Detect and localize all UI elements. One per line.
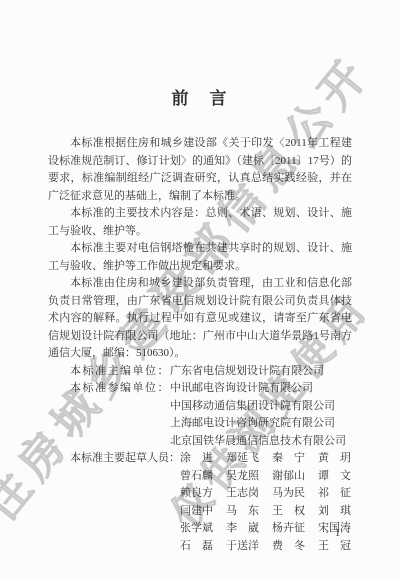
chief-editor-label: 本标准主编单位：: [70, 363, 170, 381]
co-editor-value: 中国移动通信集团设计院有限公司: [170, 398, 352, 416]
drafter-name: 郑延飞: [226, 450, 259, 468]
page-title: 前 言: [0, 0, 400, 109]
drafter-name: 杨卉征: [272, 520, 305, 538]
co-editor-values: 中讯邮电咨询设计院有限公司 中国移动通信集团设计院有限公司 上海邮电设计咨询研究…: [170, 380, 352, 450]
drafter-name: 刘 琪: [318, 503, 351, 521]
drafter-name: 王 权: [272, 503, 305, 521]
drafter-name: 马为民: [272, 485, 305, 503]
drafter-name: 黄 玥: [318, 450, 351, 468]
foreword-paragraph-4: 本标准由住房和城乡建设部负责管理，由工业和信息化部负责日常管理，由广东省电信规划…: [48, 275, 352, 363]
drafter-name: 闫建中: [180, 503, 213, 521]
drafter-name: 马 东: [226, 503, 259, 521]
drafter-name: 秦 宁: [272, 450, 305, 468]
drafter-name: 赖良方: [180, 485, 213, 503]
drafter-name: 曾石麟: [180, 468, 213, 486]
drafters-name-grid: 涂 进 郑延飞 秦 宁 黄 玥 曾石麟 吴龙照 谢郁山 谭 文 赖良方 王志岗 …: [180, 450, 352, 555]
foreword-paragraph-1: 本标准根据住房和城乡建设部《关于印发〈2011年工程建设标准规范制订、修订计划〉…: [48, 135, 352, 205]
drafter-name: 石 磊: [180, 538, 213, 556]
drafter-name: 于送洋: [226, 538, 259, 556]
foreword-paragraph-2: 本标准的主要技术内容是：总则、术语、规划、设计、施工与验收、维护等。: [48, 205, 352, 240]
drafter-name: 王志岗: [226, 485, 259, 503]
foreword-paragraph-3: 本标准主要对电信钢塔桅在共建共享时的规划、设计、施工与验收、维护等工作做出规定和…: [48, 240, 352, 275]
drafter-name: 谭 文: [318, 468, 351, 486]
drafter-name: 李 崴: [226, 520, 259, 538]
page-number: · 1 ·: [325, 528, 352, 539]
co-editor-value: 中讯邮电咨询设计院有限公司: [170, 380, 352, 398]
chief-editor-row: 本标准主编单位： 广东省电信规划设计院有限公司: [48, 363, 352, 381]
drafter-name: 祁 征: [318, 485, 351, 503]
drafter-name: 张学斌: [180, 520, 213, 538]
foreword-content: 前 言 本标准根据住房和城乡建设部《关于印发〈2011年工程建设标准规范制订、修…: [0, 0, 400, 555]
drafter-name: 吴龙照: [226, 468, 259, 486]
drafters-row: 本标准主要起草人员： 涂 进 郑延飞 秦 宁 黄 玥 曾石麟 吴龙照 谢郁山 谭…: [48, 450, 352, 555]
drafters-label: 本标准主要起草人员：: [70, 450, 180, 555]
drafter-name: 王 冠: [318, 538, 351, 556]
chief-editor-value: 广东省电信规划设计院有限公司: [170, 363, 352, 381]
drafter-name: 费 冬: [272, 538, 305, 556]
foreword-body: 本标准根据住房和城乡建设部《关于印发〈2011年工程建设标准规范制订、修订计划〉…: [48, 135, 352, 555]
document-page: 住房城乡建设部信息公开 仅供浏览使用 前 言 本标准根据住房和城乡建设部《关于印…: [0, 0, 400, 579]
drafter-name: 涂 进: [180, 450, 213, 468]
drafter-name: 谢郁山: [272, 468, 305, 486]
co-editor-value: 上海邮电设计咨询研究院有限公司: [170, 415, 352, 433]
co-editor-value: 北京国铁华晨通信信息技术有限公司: [170, 433, 352, 451]
co-editor-row: 本标准参编单位： 中讯邮电咨询设计院有限公司 中国移动通信集团设计院有限公司 上…: [48, 380, 352, 450]
co-editor-label: 本标准参编单位：: [70, 380, 170, 450]
